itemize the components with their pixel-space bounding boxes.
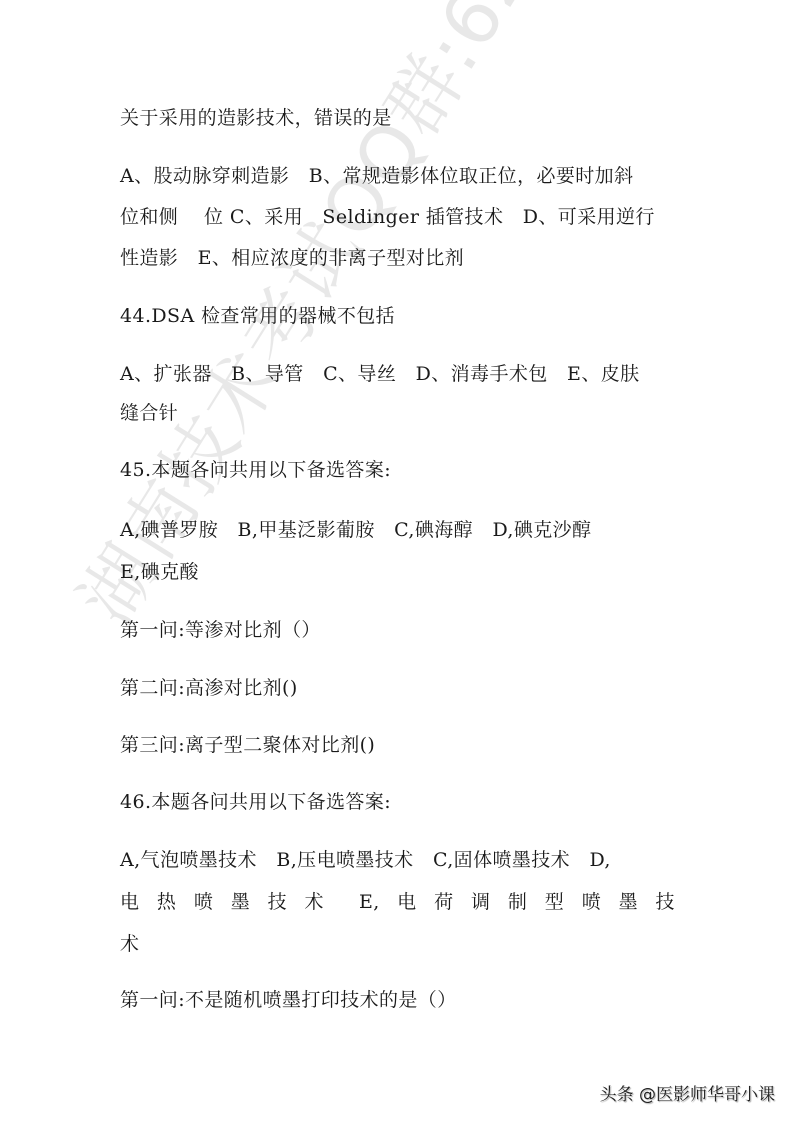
question-46-sub-1: 第一问:不是随机喷墨打印技术的是（） xyxy=(120,988,675,1012)
question-45-options-line-1: A,碘普罗胺 B,甲基泛影葡胺 C,碘海醇 D,碘克沙醇 xyxy=(120,518,675,542)
question-46-options-line-3: 术 xyxy=(120,932,675,956)
glyph: 制 xyxy=(508,890,527,914)
question-45-sub-1: 第一问:等渗对比剂（） xyxy=(120,618,675,642)
question-43-stem: 关于采用的造影技术，错误的是 xyxy=(120,106,675,130)
source-attribution: 头条 @医影师华哥小课 xyxy=(600,1080,775,1105)
glyph: E, xyxy=(359,890,380,914)
glyph: 喷 xyxy=(582,890,601,914)
glyph: 喷 xyxy=(194,890,213,914)
question-45-sub-2: 第二问:高渗对比剂() xyxy=(120,676,675,700)
question-45-sub-3: 第三问:离子型二聚体对比剂() xyxy=(120,733,675,757)
question-46-stem: 46.本题各问共用以下备选答案: xyxy=(120,790,675,814)
glyph: 电 xyxy=(120,890,139,914)
glyph: 型 xyxy=(545,890,564,914)
question-45-stem: 45.本题各问共用以下备选答案: xyxy=(120,458,675,482)
question-43-options-line-1: A、股动脉穿刺造影 B、常规造影体位取正位，必要时加斜 xyxy=(120,164,675,188)
question-46-options-line-1: A,气泡喷墨技术 B,压电喷墨技术 C,固体喷墨技术 D, xyxy=(120,848,675,872)
glyph: 电 xyxy=(397,890,416,914)
question-43-options-line-3: 性造影 E、相应浓度的非离子型对比剂 xyxy=(120,246,675,270)
question-46-options-line-2: 电 热 喷 墨 技 术 E, 电 荷 调 制 型 喷 墨 技 xyxy=(120,890,675,914)
question-44-options-line-2: 缝合针 xyxy=(120,401,675,425)
question-44-stem: 44.DSA 检查常用的器械不包括 xyxy=(120,304,675,328)
glyph: 墨 xyxy=(231,890,250,914)
glyph: 调 xyxy=(471,890,490,914)
question-44-options-line-1: A、扩张器 B、导管 C、导丝 D、消毒手术包 E、皮肤 xyxy=(120,362,675,386)
glyph: 热 xyxy=(157,890,176,914)
glyph: 术 xyxy=(305,890,324,914)
glyph: 技 xyxy=(656,890,675,914)
document-page: 湖南技术考试QQ群:62901983 关于采用的造影技术，错误的是 A、股动脉穿… xyxy=(0,0,793,1122)
glyph: 墨 xyxy=(619,890,638,914)
glyph: 技 xyxy=(268,890,287,914)
question-45-options-line-2: E,碘克酸 xyxy=(120,560,675,584)
question-43-options-line-2: 位和侧 位 C、采用 Seldinger 插管技术 D、可采用逆行 xyxy=(120,205,675,229)
glyph: 荷 xyxy=(434,890,453,914)
